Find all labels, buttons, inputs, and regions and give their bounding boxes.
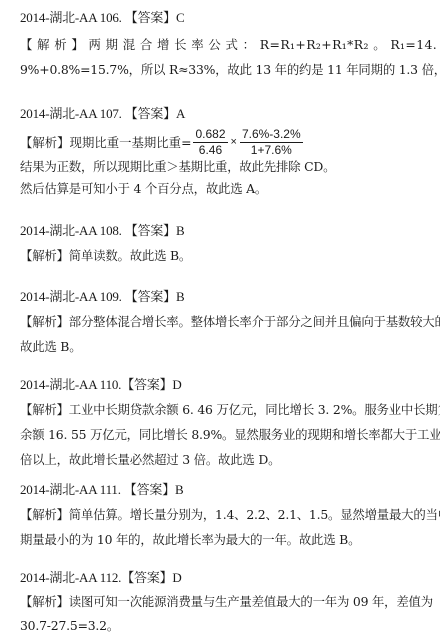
entry-106-header: 2014-湖北-AA 106. 【答案】C xyxy=(20,10,184,26)
entry-106-analysis-line-2: 9%+0.8%=15.7%，所以 R≈33%，故此 13 年的约是 11 年同期… xyxy=(20,62,440,78)
entry-112-analysis-line-2: 30.7-27.5=3.2。 xyxy=(20,618,119,634)
entry-110-analysis-line-1: 【解析】工业中长期贷款余额 6. 46 万亿元，同比增长 3. 2%。服务业中长… xyxy=(20,402,440,418)
entry-109-analysis-line-1: 【解析】部分整体混合增长率。整体增长率介于部分之间并且偏向于基数较大的， xyxy=(20,314,440,330)
entry-110-analysis-line-3: 倍以上，故此增长量必然超过 3 倍。故此选 D。 xyxy=(20,452,280,468)
entry-112-analysis-line-1: 【解析】读图可知一次能源消费量与生产量差值最大的一年为 09 年，差值为 xyxy=(20,594,433,610)
fraction-2: 7.6%-3.2% 1+7.6% xyxy=(240,127,303,158)
fraction-1: 0.682 6.46 xyxy=(193,127,227,158)
entry-107-analysis-line-2: 然后估算是可知小于 4 个百分点，故此选 A。 xyxy=(20,181,267,197)
entry-109-header: 2014-湖北-AA 109. 【答案】B xyxy=(20,289,184,305)
multiply-sign: × xyxy=(231,136,237,148)
entry-106-analysis-line-1: 【 解 析 】 两 期 混 合 增 长 率 公 式 ： R=R₁+R₂+R₁*R… xyxy=(20,37,440,53)
entry-111-analysis-line-2: 期量最小的为 10 年的，故此增长率为最大的一年。故此选 B。 xyxy=(20,532,360,548)
entry-109-analysis-line-2: 故此选 B。 xyxy=(20,339,81,355)
answer-explanations-document: 2014-湖北-AA 106. 【答案】C 【 解 析 】 两 期 混 合 增 … xyxy=(0,0,440,637)
entry-108-analysis-line-1: 【解析】简单读数。故此选 B。 xyxy=(20,248,191,264)
entry-107-header: 2014-湖北-AA 107. 【答案】A xyxy=(20,106,185,122)
entry-110-header: 2014-湖北-AA 110.【答案】D xyxy=(20,377,182,393)
entry-107-analysis-line-1: 结果为正数，所以现期比重＞基期比重，故此先排除 CD。 xyxy=(20,159,335,175)
fraction-2-denominator: 1+7.6% xyxy=(249,143,294,158)
entry-108-header: 2014-湖北-AA 108. 【答案】B xyxy=(20,223,184,239)
entry-111-header: 2014-湖北-AA 111. 【答案】B xyxy=(20,482,183,498)
fraction-1-denominator: 6.46 xyxy=(197,143,224,158)
formula-prefix: 【解析】现期比重一基期比重= xyxy=(20,133,191,151)
fraction-2-numerator: 7.6%-3.2% xyxy=(240,127,303,143)
entry-107-formula: 【解析】现期比重一基期比重= 0.682 6.46 × 7.6%-3.2% 1+… xyxy=(20,125,305,159)
entry-111-analysis-line-1: 【解析】简单估算。增长量分别为，1.4、2.2、2.1、1.5。显然增量最大的当… xyxy=(20,507,440,523)
entry-110-analysis-line-2: 余额 16. 55 万亿元，同比增长 8.9%。显然服务业的现期和增长率都大于工… xyxy=(20,427,440,443)
entry-112-header: 2014-湖北-AA 112.【答案】D xyxy=(20,570,182,586)
fraction-1-numerator: 0.682 xyxy=(193,127,227,143)
